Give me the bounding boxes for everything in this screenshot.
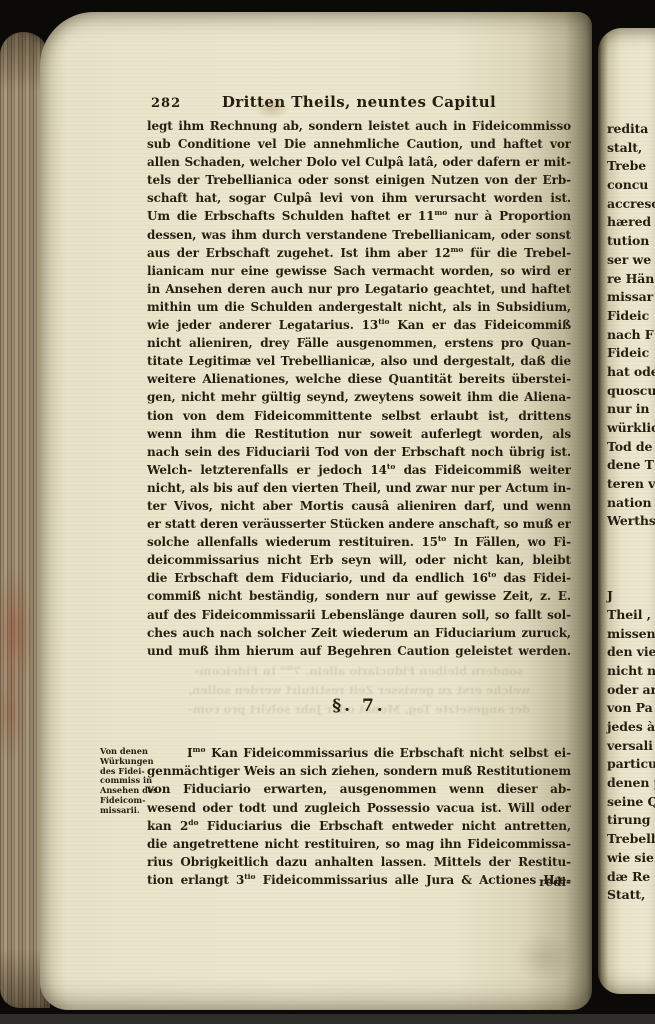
- text-line: [607, 550, 655, 569]
- text-line: auf des Fideicommissarii Lebenslänge dau…: [147, 606, 571, 624]
- text-line: den vier: [607, 643, 655, 662]
- text-line: tels der Trebellianica oder sonst einige…: [147, 171, 571, 189]
- text-line: die angetrettene nicht restituiren, so m…: [147, 835, 571, 853]
- text-line: nur in: [607, 400, 655, 419]
- text-line: Imo Kan Fideicommissarius die Erbschaft …: [147, 744, 571, 762]
- section-heading: §. 7.: [147, 696, 571, 716]
- scanner-bed-edge: [0, 1014, 655, 1024]
- text-line: denen p: [607, 774, 655, 793]
- text-line: ser we: [607, 251, 655, 270]
- margin-note: Von denenWürkungendes Fidei-commiss inAn…: [100, 747, 150, 816]
- text-line: ter Vivos, nicht aber Mortis causâ alien…: [147, 497, 571, 515]
- text-line: hæred: [607, 213, 655, 232]
- text-line: aus der Erbschaft zugehet. Ist ihm aber …: [147, 244, 571, 262]
- facing-page-text: reditastalt,Trebeconcuaccreschæredtution…: [607, 120, 655, 905]
- text-line: die Erbschaft dem Fiduciario, und da end…: [147, 569, 571, 587]
- text-line: nicht, als bis auf den vierten Theil, un…: [147, 479, 571, 497]
- text-line: wie jeder anderer Legatarius. 13tio Kan …: [147, 316, 571, 334]
- text-line: quoscu: [607, 382, 655, 401]
- body-paragraph-1: legt ihm Rechnung ab, sondern leistet au…: [147, 117, 571, 660]
- text-line: nach F: [607, 326, 655, 345]
- text-line: jedes à: [607, 718, 655, 737]
- text-line: wie sie: [607, 849, 655, 868]
- text-line: Tod de: [607, 438, 655, 457]
- text-line: Theil ,: [607, 606, 655, 625]
- text-line: tion von dem Fideicommittente selbst erl…: [147, 407, 571, 425]
- text-line: sondern bleiben Fiduciario allein. 7mo I…: [147, 662, 571, 681]
- text-line: [607, 531, 655, 550]
- text-line: Trebe: [607, 157, 655, 176]
- text-line: accresc: [607, 195, 655, 214]
- text-line: allen Schaden, welcher Dolo vel Culpâ la…: [147, 153, 571, 171]
- text-line: kan 2do Fiduciarius die Erbschaft entwed…: [147, 817, 571, 835]
- text-line: Welch- letzterenfalls er jedoch 14to das…: [147, 461, 571, 479]
- text-line: versali: [607, 737, 655, 756]
- text-line: gen, nicht mehr gültig seynd, zweytens s…: [147, 388, 571, 406]
- text-line: missen: [607, 625, 655, 644]
- text-line: lianicam nur eine gewisse Sach vermacht …: [147, 262, 571, 280]
- text-line: rius Obrigkeitlich dazu anhalten lassen.…: [147, 853, 571, 871]
- catchword: redi-: [147, 875, 599, 889]
- text-line: und muß ihm hierum auf Begehren Caution …: [147, 642, 571, 660]
- text-line: Fideic: [607, 344, 655, 363]
- right-page-fragment: reditastalt,Trebeconcuaccreschæredtution…: [598, 28, 655, 994]
- text-line: sub Conditione vel Die annehmliche Cauti…: [147, 135, 571, 153]
- text-line: hat ode: [607, 363, 655, 382]
- text-line: mithin um die Schulden andergestalt nich…: [147, 298, 571, 316]
- text-line: wesend oder todt und zugleich Possessio …: [147, 799, 571, 817]
- text-line: dessen, was ihm durch verstandene Trebel…: [147, 226, 571, 244]
- text-line: in Ansehen deren auch nur pro Legatario …: [147, 280, 571, 298]
- text-line: particu: [607, 755, 655, 774]
- running-head: Dritten Theils, neuntes Capitul: [147, 93, 571, 111]
- text-line: missarii.: [100, 806, 150, 816]
- text-line: schaft hat, sogar Culpâ levi von ihm ver…: [147, 189, 571, 207]
- text-line: dene T: [607, 456, 655, 475]
- text-line: dæ Re: [607, 868, 655, 887]
- text-line: Um die Erbschafts Schulden haftet er 11m…: [147, 207, 571, 225]
- text-line: genmächtiger Weis an sich ziehen, sonder…: [147, 762, 571, 780]
- text-line: missar: [607, 288, 655, 307]
- text-line: von Fiduciario erwarten, ausgenommen wen…: [147, 780, 571, 798]
- left-page: 282 Dritten Theils, neuntes Capitul legt…: [40, 12, 592, 1010]
- text-line: concu: [607, 176, 655, 195]
- text-line: re Hän: [607, 270, 655, 289]
- text-line: nach sein des Fiduciarii Tod von der Erb…: [147, 443, 571, 461]
- text-line: Statt,: [607, 886, 655, 905]
- text-line: commiß nicht beständig, sondern nur auf …: [147, 587, 571, 605]
- text-line: tution: [607, 232, 655, 251]
- text-line: weitere Alienationes, welche diese Quant…: [147, 370, 571, 388]
- text-line: teren v: [607, 475, 655, 494]
- text-line: deicommissarius nicht Erb seyn will, ode…: [147, 551, 571, 569]
- text-line: oder an: [607, 681, 655, 700]
- text-line: stalt,: [607, 139, 655, 158]
- text-line: Fideic: [607, 307, 655, 326]
- text-line: J: [607, 587, 655, 606]
- text-line: [607, 569, 655, 588]
- text-line: nicht n: [607, 662, 655, 681]
- book-scan: 282 Dritten Theils, neuntes Capitul legt…: [0, 0, 655, 1024]
- text-line: tirung: [607, 811, 655, 830]
- text-line: nicht alieniren, drey Fälle ausgenommen,…: [147, 334, 571, 352]
- text-line: würklic: [607, 419, 655, 438]
- text-line: nation: [607, 494, 655, 513]
- text-line: von Pa: [607, 699, 655, 718]
- text-line: seine Q: [607, 793, 655, 812]
- text-line: titate Legitimæ vel Trebellianicæ, also …: [147, 352, 571, 370]
- text-line: wenn ihm die Restitution nur soweit aufe…: [147, 425, 571, 443]
- body-paragraph-2: Imo Kan Fideicommissarius die Erbschaft …: [147, 744, 571, 890]
- text-line: ches auch nach solcher Zeit wiederum an …: [147, 624, 571, 642]
- text-line: er statt deren veräusserter Stücken ande…: [147, 515, 571, 533]
- text-line: redita: [607, 120, 655, 139]
- text-line: Trebell: [607, 830, 655, 849]
- text-line: Werths: [607, 512, 655, 531]
- text-line: solche allenfalls wiederum restituiren. …: [147, 533, 571, 551]
- text-line: legt ihm Rechnung ab, sondern leistet au…: [147, 117, 571, 135]
